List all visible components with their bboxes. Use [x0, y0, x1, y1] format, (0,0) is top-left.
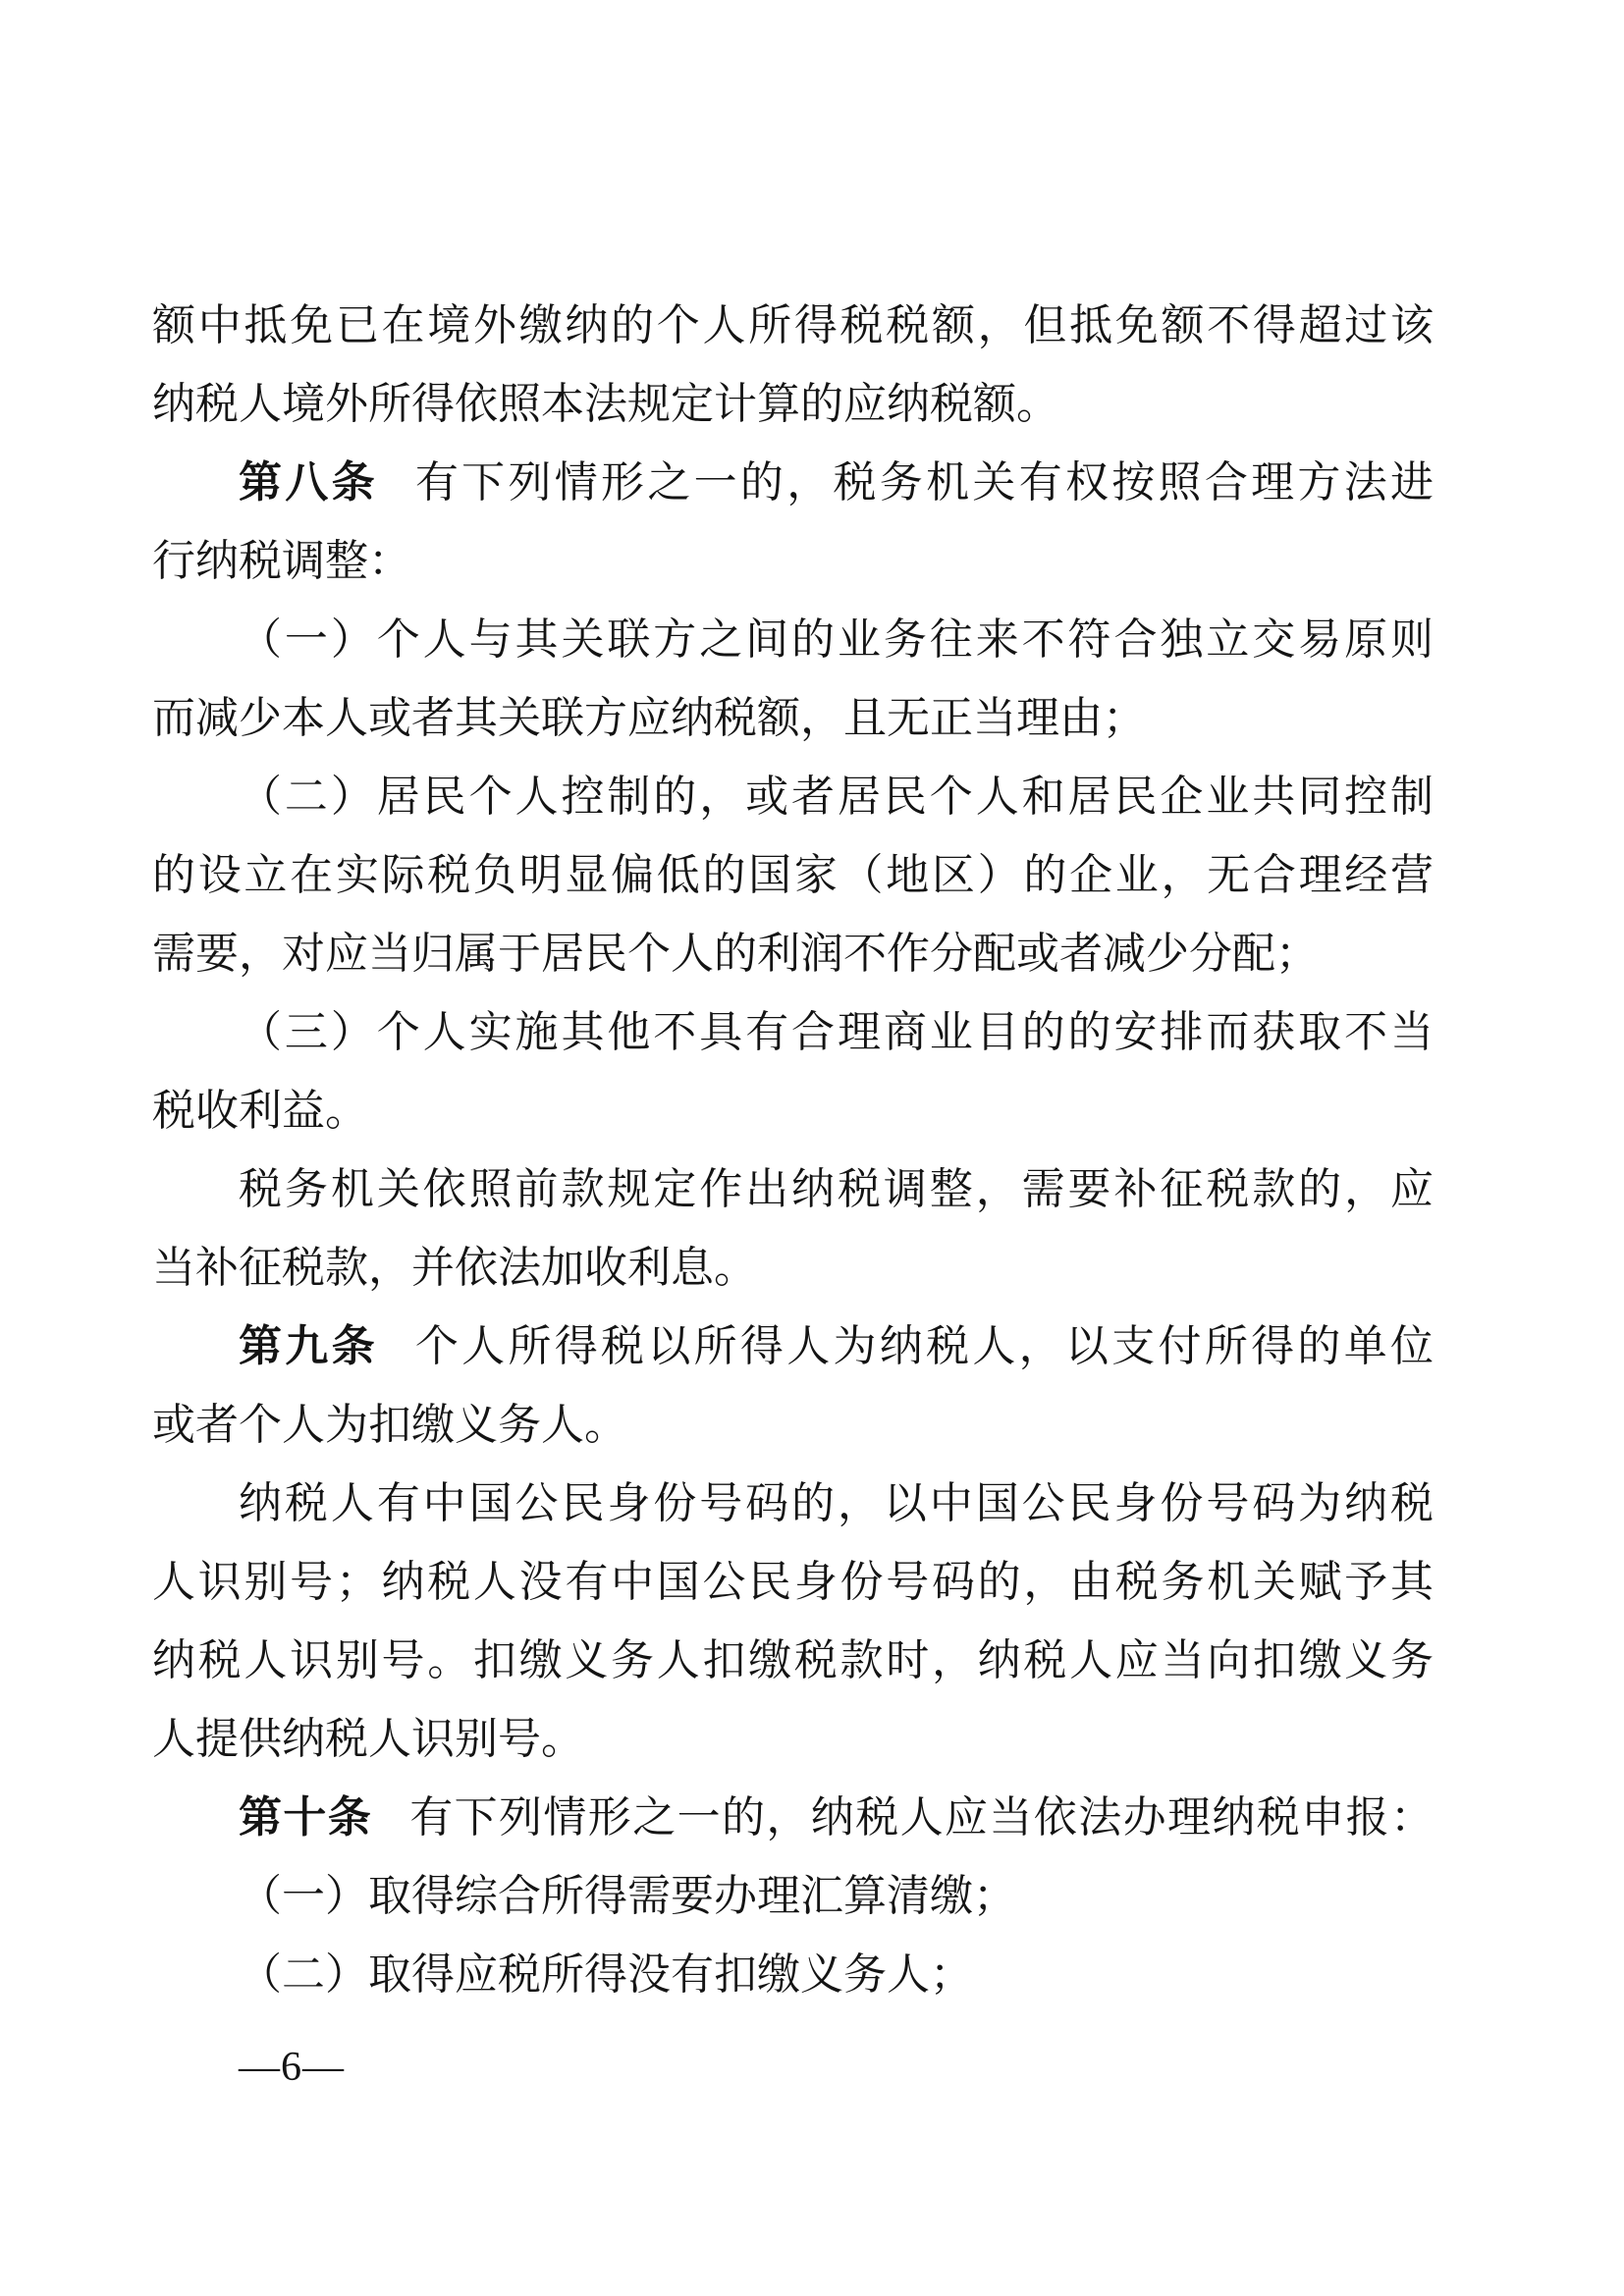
text-line: 行纳税调整： [152, 522, 1434, 601]
line-text: 或者个人为扣缴义务人。 [152, 1401, 627, 1449]
article-heading-line: 第九条个人所得税以所得人为纳税人，以支付所得的单位 [152, 1308, 1434, 1386]
line-text: 的设立在实际税负明显偏低的国家（地区）的企业，无合理经营 [152, 851, 1434, 899]
text-line: 额中抵免已在境外缴纳的个人所得税税额，但抵免额不得超过该 [152, 287, 1434, 365]
article-heading-line: 第八条有下列情形之一的，税务机关有权按照合理方法进 [152, 444, 1434, 522]
line-text: （一）取得综合所得需要办理汇算清缴； [239, 1872, 1016, 1920]
document-body: 额中抵免已在境外缴纳的个人所得税税额，但抵免额不得超过该纳税人境外所得依照本法规… [152, 287, 1434, 2014]
text-line: 人提供纳税人识别号。 [152, 1700, 1434, 1779]
line-text: 当补征税款，并依法加收利息。 [152, 1244, 757, 1292]
text-line: 人识别号；纳税人没有中国公民身份号码的，由税务机关赋予其 [152, 1543, 1434, 1622]
text-line: （一）取得综合所得需要办理汇算清缴； [152, 1857, 1434, 1936]
article-number: 第九条 [239, 1322, 378, 1370]
text-line: 而减少本人或者其关联方应纳税额，且无正当理由； [152, 679, 1434, 758]
line-text: （一）个人与其关联方之间的业务往来不符合独立交易原则 [239, 615, 1434, 664]
line-text: 需要，对应当归属于居民个人的利润不作分配或者减少分配； [152, 930, 1319, 978]
line-text: 而减少本人或者其关联方应纳税额，且无正当理由； [152, 694, 1146, 742]
text-line: 纳税人有中国公民身份号码的，以中国公民身份号码为纳税 [152, 1465, 1434, 1543]
line-text: （二）取得应税所得没有扣缴义务人； [239, 1950, 973, 1999]
text-line: 纳税人识别号。扣缴义务人扣缴税款时，纳税人应当向扣缴义务 [152, 1622, 1434, 1700]
line-text: 个人所得税以所得人为纳税人，以支付所得的单位 [415, 1322, 1434, 1370]
text-line: 纳税人境外所得依照本法规定计算的应纳税额。 [152, 365, 1434, 444]
line-text: 纳税人识别号。扣缴义务人扣缴税款时，纳税人应当向扣缴义务 [152, 1636, 1434, 1684]
text-line: 税务机关依照前款规定作出纳税调整，需要补征税款的，应 [152, 1150, 1434, 1229]
article-heading-line: 第十条有下列情形之一的，纳税人应当依法办理纳税申报： [152, 1779, 1434, 1857]
line-text: 人识别号；纳税人没有中国公民身份号码的，由税务机关赋予其 [152, 1558, 1434, 1606]
text-line: 或者个人为扣缴义务人。 [152, 1386, 1434, 1465]
article-number: 第十条 [239, 1793, 372, 1842]
text-line: 的设立在实际税负明显偏低的国家（地区）的企业，无合理经营 [152, 836, 1434, 915]
line-text: （三）个人实施其他不具有合理商业目的的安排而获取不当 [239, 1008, 1434, 1056]
text-line: （三）个人实施其他不具有合理商业目的的安排而获取不当 [152, 993, 1434, 1072]
page-number: —6— [239, 2045, 345, 2090]
line-text: 税务机关依照前款规定作出纳税调整，需要补征税款的，应 [239, 1165, 1434, 1213]
document-page: 额中抵免已在境外缴纳的个人所得税税额，但抵免额不得超过该纳税人境外所得依照本法规… [0, 0, 1624, 2296]
line-text: 额中抵免已在境外缴纳的个人所得税税额，但抵免额不得超过该 [152, 301, 1434, 349]
line-text: 纳税人境外所得依照本法规定计算的应纳税额。 [152, 380, 1059, 428]
article-number: 第八条 [239, 458, 378, 507]
text-line: （二）取得应税所得没有扣缴义务人； [152, 1936, 1434, 2014]
text-line: （二）居民个人控制的，或者居民个人和居民企业共同控制 [152, 758, 1434, 836]
text-line: （一）个人与其关联方之间的业务往来不符合独立交易原则 [152, 601, 1434, 679]
line-text: 税收利益。 [152, 1087, 368, 1135]
line-text: 有下列情形之一的，税务机关有权按照合理方法进 [415, 458, 1434, 507]
line-text: 有下列情形之一的，纳税人应当依法办理纳税申报： [409, 1793, 1434, 1842]
line-text: 纳税人有中国公民身份号码的，以中国公民身份号码为纳税 [239, 1479, 1434, 1527]
text-line: 税收利益。 [152, 1072, 1434, 1150]
text-line: 需要，对应当归属于居民个人的利润不作分配或者减少分配； [152, 915, 1434, 993]
line-text: 人提供纳税人识别号。 [152, 1715, 584, 1763]
line-text: （二）居民个人控制的，或者居民个人和居民企业共同控制 [239, 773, 1434, 821]
text-line: 当补征税款，并依法加收利息。 [152, 1229, 1434, 1308]
line-text: 行纳税调整： [152, 537, 411, 585]
